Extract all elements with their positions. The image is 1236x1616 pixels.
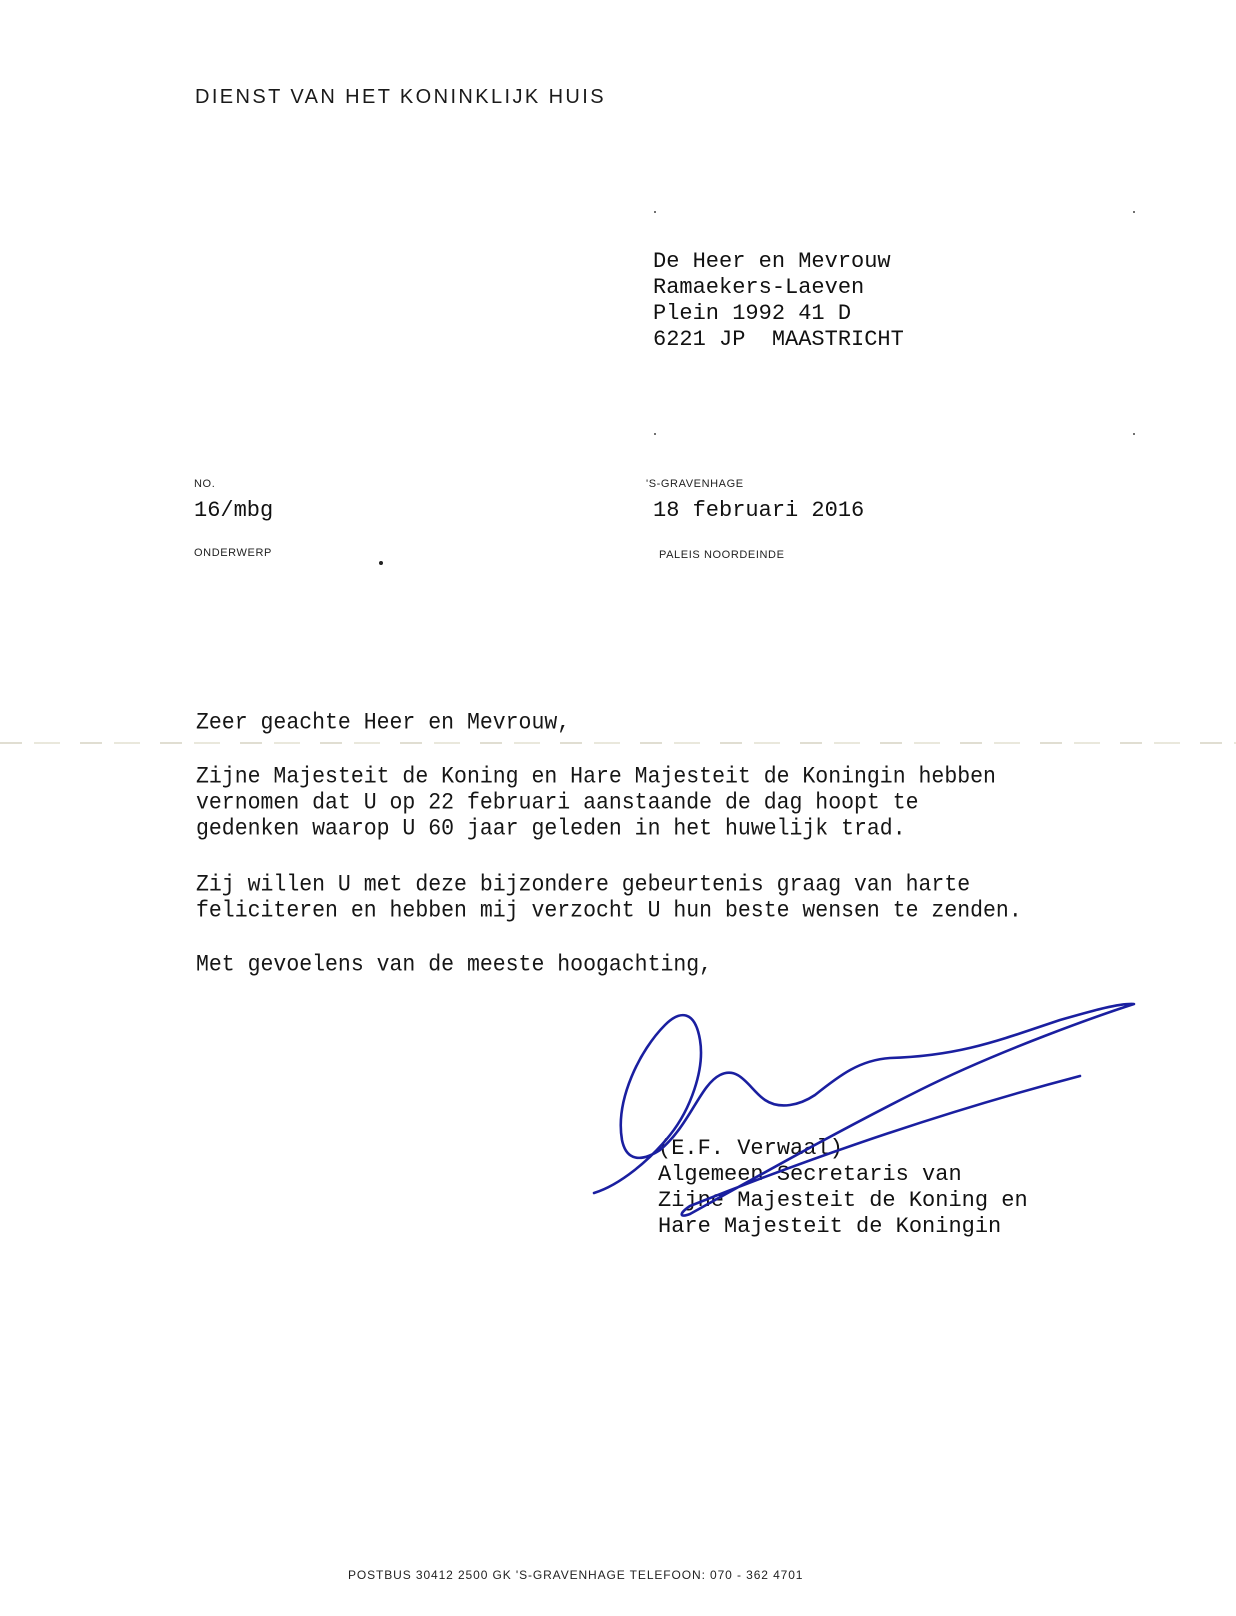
address-line: 6221 JP MAASTRICHT bbox=[653, 327, 904, 353]
address-line: De Heer en Mevrouw bbox=[653, 249, 891, 275]
salutation: Zeer geachte Heer en Mevrouw, bbox=[196, 709, 570, 737]
fold-line bbox=[0, 742, 1236, 744]
letterhead-title: DIENST VAN HET KONINKLIJK HUIS bbox=[195, 86, 606, 109]
signatory-title: Zijne Majesteit de Koning en bbox=[658, 1188, 1028, 1214]
address-window-mark bbox=[654, 211, 656, 213]
signatory-title: Hare Majesteit de Koningin bbox=[658, 1214, 1001, 1240]
body-line: feliciteren en hebben mij verzocht U hun… bbox=[196, 897, 1022, 925]
signatory-title: Algemeen Secretaris van bbox=[658, 1162, 962, 1188]
reference-number: 16/mbg bbox=[194, 498, 273, 523]
address-window-mark bbox=[654, 433, 656, 435]
footer-contact: POSTBUS 30412 2500 GK 'S-GRAVENHAGE TELE… bbox=[348, 1568, 803, 1582]
body-line: vernomen dat U op 22 februari aanstaande… bbox=[196, 789, 919, 817]
location-label: PALEIS NOORDEINDE bbox=[659, 549, 785, 561]
address-window-mark bbox=[1133, 211, 1135, 213]
body-line: Zijne Majesteit de Koning en Hare Majest… bbox=[196, 763, 996, 791]
address-window-mark bbox=[1133, 433, 1135, 435]
reference-number-label: NO. bbox=[194, 478, 215, 490]
place-label: 'S-GRAVENHAGE bbox=[646, 478, 744, 490]
subject-label: ONDERWERP bbox=[194, 547, 272, 559]
body-line: Zij willen U met deze bijzondere gebeurt… bbox=[196, 871, 970, 899]
body-line: gedenken waarop U 60 jaar geleden in het… bbox=[196, 815, 906, 843]
address-line: Ramaekers-Laeven bbox=[653, 275, 864, 301]
letter-date: 18 februari 2016 bbox=[653, 498, 864, 523]
subject-mark bbox=[379, 561, 383, 565]
signatory-name: (E.F. Verwaal) bbox=[658, 1136, 843, 1162]
closing: Met gevoelens van de meeste hoogachting, bbox=[196, 951, 712, 979]
address-line: Plein 1992 41 D bbox=[653, 301, 851, 327]
